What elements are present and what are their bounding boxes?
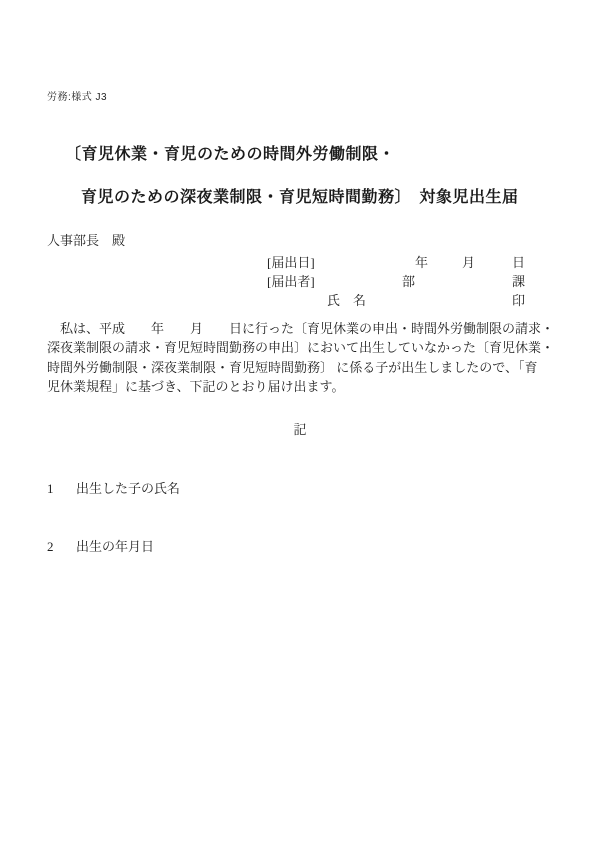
title-line-1: 〔育児休業・育児のための時間外労働制限・ bbox=[65, 141, 395, 164]
body-line: 児休業規程」に基づき、下記のとおり届け出ます。 bbox=[47, 377, 554, 396]
section-label: 課 bbox=[512, 271, 525, 290]
note-marker: 記 bbox=[0, 419, 600, 438]
recipient-line: 人事部長 殿 bbox=[47, 230, 125, 249]
item-label: 出生の年月日 bbox=[76, 539, 154, 554]
item-number: 1 bbox=[47, 481, 76, 497]
department-label: 部 bbox=[402, 271, 415, 290]
day-label: 日 bbox=[512, 252, 525, 271]
item-child-name: 1出生した子の氏名 bbox=[47, 478, 180, 497]
body-line: 時間外労働制限・深夜業制限・育児短時間勤務〕 に係る子が出生しましたので、「育 bbox=[47, 358, 554, 377]
year-label: 年 bbox=[415, 252, 428, 271]
submitter-label: [届出者] bbox=[267, 271, 315, 290]
title-line-2: 育児のための深夜業制限・育児短時間勤務〕 対象児出生届 bbox=[81, 184, 519, 207]
seal-label: 印 bbox=[512, 290, 525, 309]
name-label: 氏 名 bbox=[327, 290, 366, 309]
body-line: 私は、平成 年 月 日に行った〔育児休業の申出・時間外労働制限の請求・ bbox=[47, 319, 554, 338]
submission-date-label: [届出日] bbox=[267, 252, 315, 271]
item-label: 出生した子の氏名 bbox=[76, 481, 180, 496]
body-paragraph: 私は、平成 年 月 日に行った〔育児休業の申出・時間外労働制限の請求・ 深夜業制… bbox=[47, 319, 554, 397]
document-page: 労務:様式 J3 〔育児休業・育児のための時間外労働制限・ 育児のための深夜業制… bbox=[0, 0, 600, 856]
item-birth-date: 2出生の年月日 bbox=[47, 536, 154, 555]
month-label: 月 bbox=[462, 252, 475, 271]
form-code-label: 労務:様式 J3 bbox=[47, 88, 107, 103]
item-number: 2 bbox=[47, 539, 76, 555]
body-line: 深夜業制限の請求・育児短時間勤務の申出〕において出生していなかった〔育児休業・ bbox=[47, 338, 554, 357]
